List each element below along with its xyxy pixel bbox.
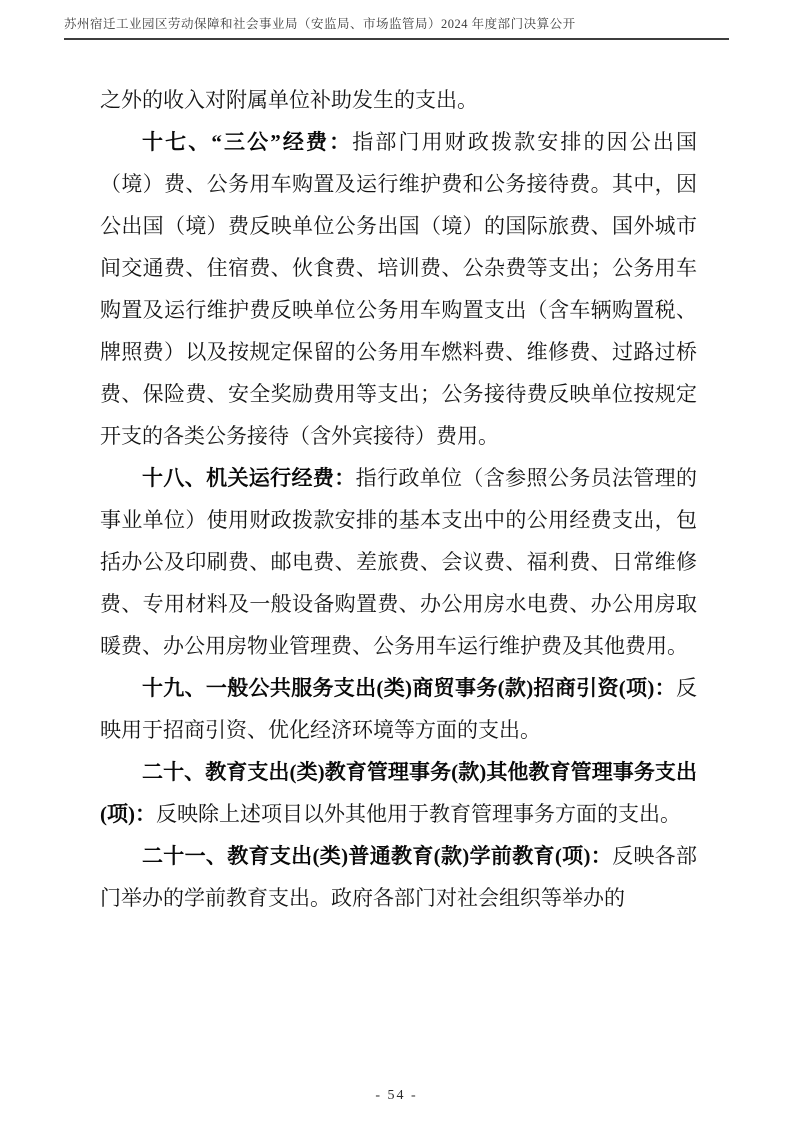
header-title: 苏州宿迁工业园区劳动保障和社会事业局（安监局、市场监管局）2024 年度部门决算…	[64, 17, 576, 31]
paragraph-text-run: 反映除上述项目以外其他用于教育管理事务方面的支出。	[156, 802, 681, 826]
page-header: 苏州宿迁工业园区劳动保障和社会事业局（安监局、市场监管局）2024 年度部门决算…	[64, 14, 729, 40]
paragraph: 二十、教育支出(类)教育管理事务(款)其他教育管理事务支出(项)：反映除上述项目…	[100, 751, 697, 835]
paragraph-text-run: 指部门用财政拨款安排的因公出国（境）费、公务用车购置及运行维护费和公务接待费。其…	[100, 130, 697, 448]
document-page: 苏州宿迁工业园区劳动保障和社会事业局（安监局、市场监管局）2024 年度部门决算…	[0, 0, 793, 1122]
paragraph-heading-run: 十八、机关运行经费：	[142, 466, 356, 490]
page-number: - 54 -	[375, 1088, 417, 1103]
paragraph: 十九、一般公共服务支出(类)商贸事务(款)招商引资(项)：反映用于招商引资、优化…	[100, 667, 697, 751]
paragraph: 十八、机关运行经费：指行政单位（含参照公务员法管理的事业单位）使用财政拨款安排的…	[100, 457, 697, 667]
paragraph-text-run: 指行政单位（含参照公务员法管理的事业单位）使用财政拨款安排的基本支出中的公用经费…	[100, 466, 697, 658]
paragraph: 十七、“三公”经费：指部门用财政拨款安排的因公出国（境）费、公务用车购置及运行维…	[100, 121, 697, 457]
paragraph-text-run: 之外的收入对附属单位补助发生的支出。	[100, 88, 478, 112]
paragraph-heading-run: 十七、“三公”经费：	[142, 130, 352, 154]
paragraph-heading-run: 二十一、教育支出(类)普通教育(款)学前教育(项)：	[142, 844, 612, 868]
document-body: 之外的收入对附属单位补助发生的支出。十七、“三公”经费：指部门用财政拨款安排的因…	[100, 79, 697, 919]
page-footer: - 54 -	[0, 1086, 793, 1104]
paragraph-heading-run: 十九、一般公共服务支出(类)商贸事务(款)招商引资(项)：	[142, 676, 676, 700]
paragraph: 二十一、教育支出(类)普通教育(款)学前教育(项)：反映各部门举办的学前教育支出…	[100, 835, 697, 919]
paragraph: 之外的收入对附属单位补助发生的支出。	[100, 79, 697, 121]
